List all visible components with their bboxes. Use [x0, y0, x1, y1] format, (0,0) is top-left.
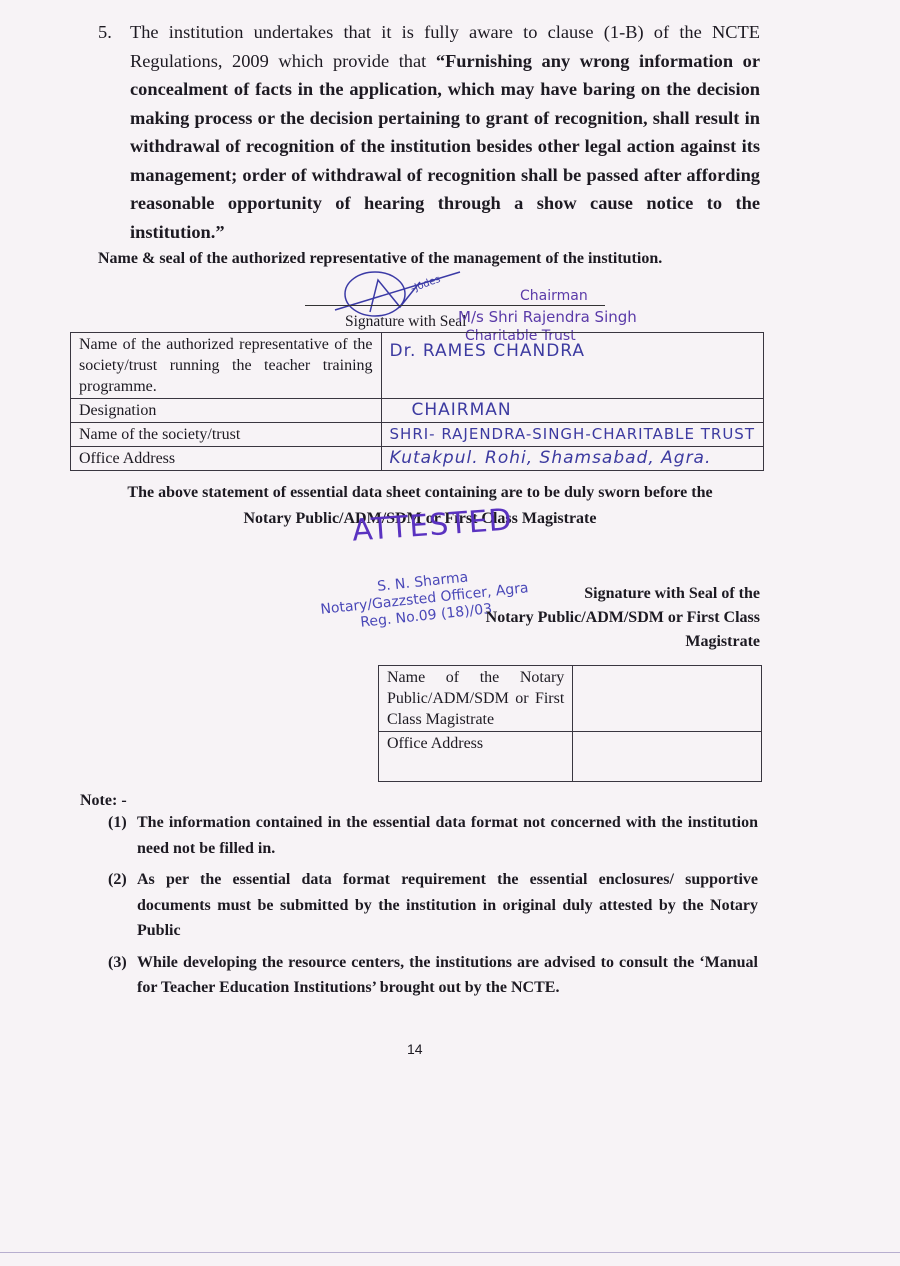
row-label: Office Address [71, 447, 382, 471]
office-address-value: Kutakpul. Rohi, Shamsabad, Agra. [381, 447, 763, 471]
notary-name-value [573, 666, 762, 732]
notary-address-value [573, 732, 762, 782]
clause-quote: “Furnishing any wrong information or con… [130, 51, 760, 242]
note-number: (3) [108, 950, 127, 976]
note-number: (2) [108, 867, 127, 893]
table-row: Office Address [379, 732, 762, 782]
page-number: 14 [407, 1041, 423, 1057]
svg-text:-Jodes: -Jodes [409, 274, 442, 295]
row-label: Name of the Notary Public/ADM/SDM or Fir… [379, 666, 573, 732]
bleed-through-text [90, 150, 94, 167]
row-label: Name of the authorized representative of… [71, 333, 382, 399]
notary-sig-line-1: Signature with Seal of the [420, 582, 760, 606]
sworn-line-1: The above statement of essential data sh… [88, 480, 752, 506]
note-text: While developing the resource centers, t… [137, 954, 758, 997]
clause-5: 5. The institution undertakes that it is… [100, 18, 760, 246]
note-item: (3) While developing the resource center… [108, 950, 758, 1001]
note-item: (1) The information contained in the ess… [108, 810, 758, 861]
representative-name-value: Dr. RAMES CHANDRA [381, 333, 763, 399]
table-row: Name of the Notary Public/ADM/SDM or Fir… [379, 666, 762, 732]
notary-sig-line-3: Magistrate [420, 630, 760, 654]
note-text: As per the essential data format require… [137, 871, 758, 939]
notes-list: (1) The information contained in the ess… [108, 810, 758, 1001]
signature-with-seal-label: Signature with Seal [345, 313, 466, 331]
society-name-value: SHRI- RAJENDRA-SINGH-CHARITABLE TRUST [381, 423, 763, 447]
note-text: The information contained in the essenti… [137, 814, 758, 857]
scan-edge [0, 1252, 900, 1253]
chairman-stamp: Chairman [520, 288, 588, 304]
note-heading: Note: - [80, 792, 127, 810]
notary-signature-label: Signature with Seal of the Notary Public… [420, 582, 760, 654]
table-row: Name of the authorized representative of… [71, 333, 764, 399]
row-label: Designation [71, 399, 382, 423]
table-row: Designation CHAIRMAN [71, 399, 764, 423]
note-item: (2) As per the essential data format req… [108, 867, 758, 944]
designation-value: CHAIRMAN [381, 399, 763, 423]
table-row: Name of the society/trust SHRI- RAJENDRA… [71, 423, 764, 447]
notary-sig-line-2: Notary Public/ADM/SDM or First Class [420, 606, 760, 630]
table-row: Office Address Kutakpul. Rohi, Shamsabad… [71, 447, 764, 471]
clause-number: 5. [98, 18, 112, 47]
trust-name-stamp: M/s Shri Rajendra Singh [458, 308, 637, 326]
note-number: (1) [108, 810, 127, 836]
authorized-representative-table: Name of the authorized representative of… [70, 332, 764, 471]
row-label: Name of the society/trust [71, 423, 382, 447]
notary-details-table: Name of the Notary Public/ADM/SDM or Fir… [378, 665, 762, 782]
row-label: Office Address [379, 732, 573, 782]
signature-line [305, 305, 605, 306]
